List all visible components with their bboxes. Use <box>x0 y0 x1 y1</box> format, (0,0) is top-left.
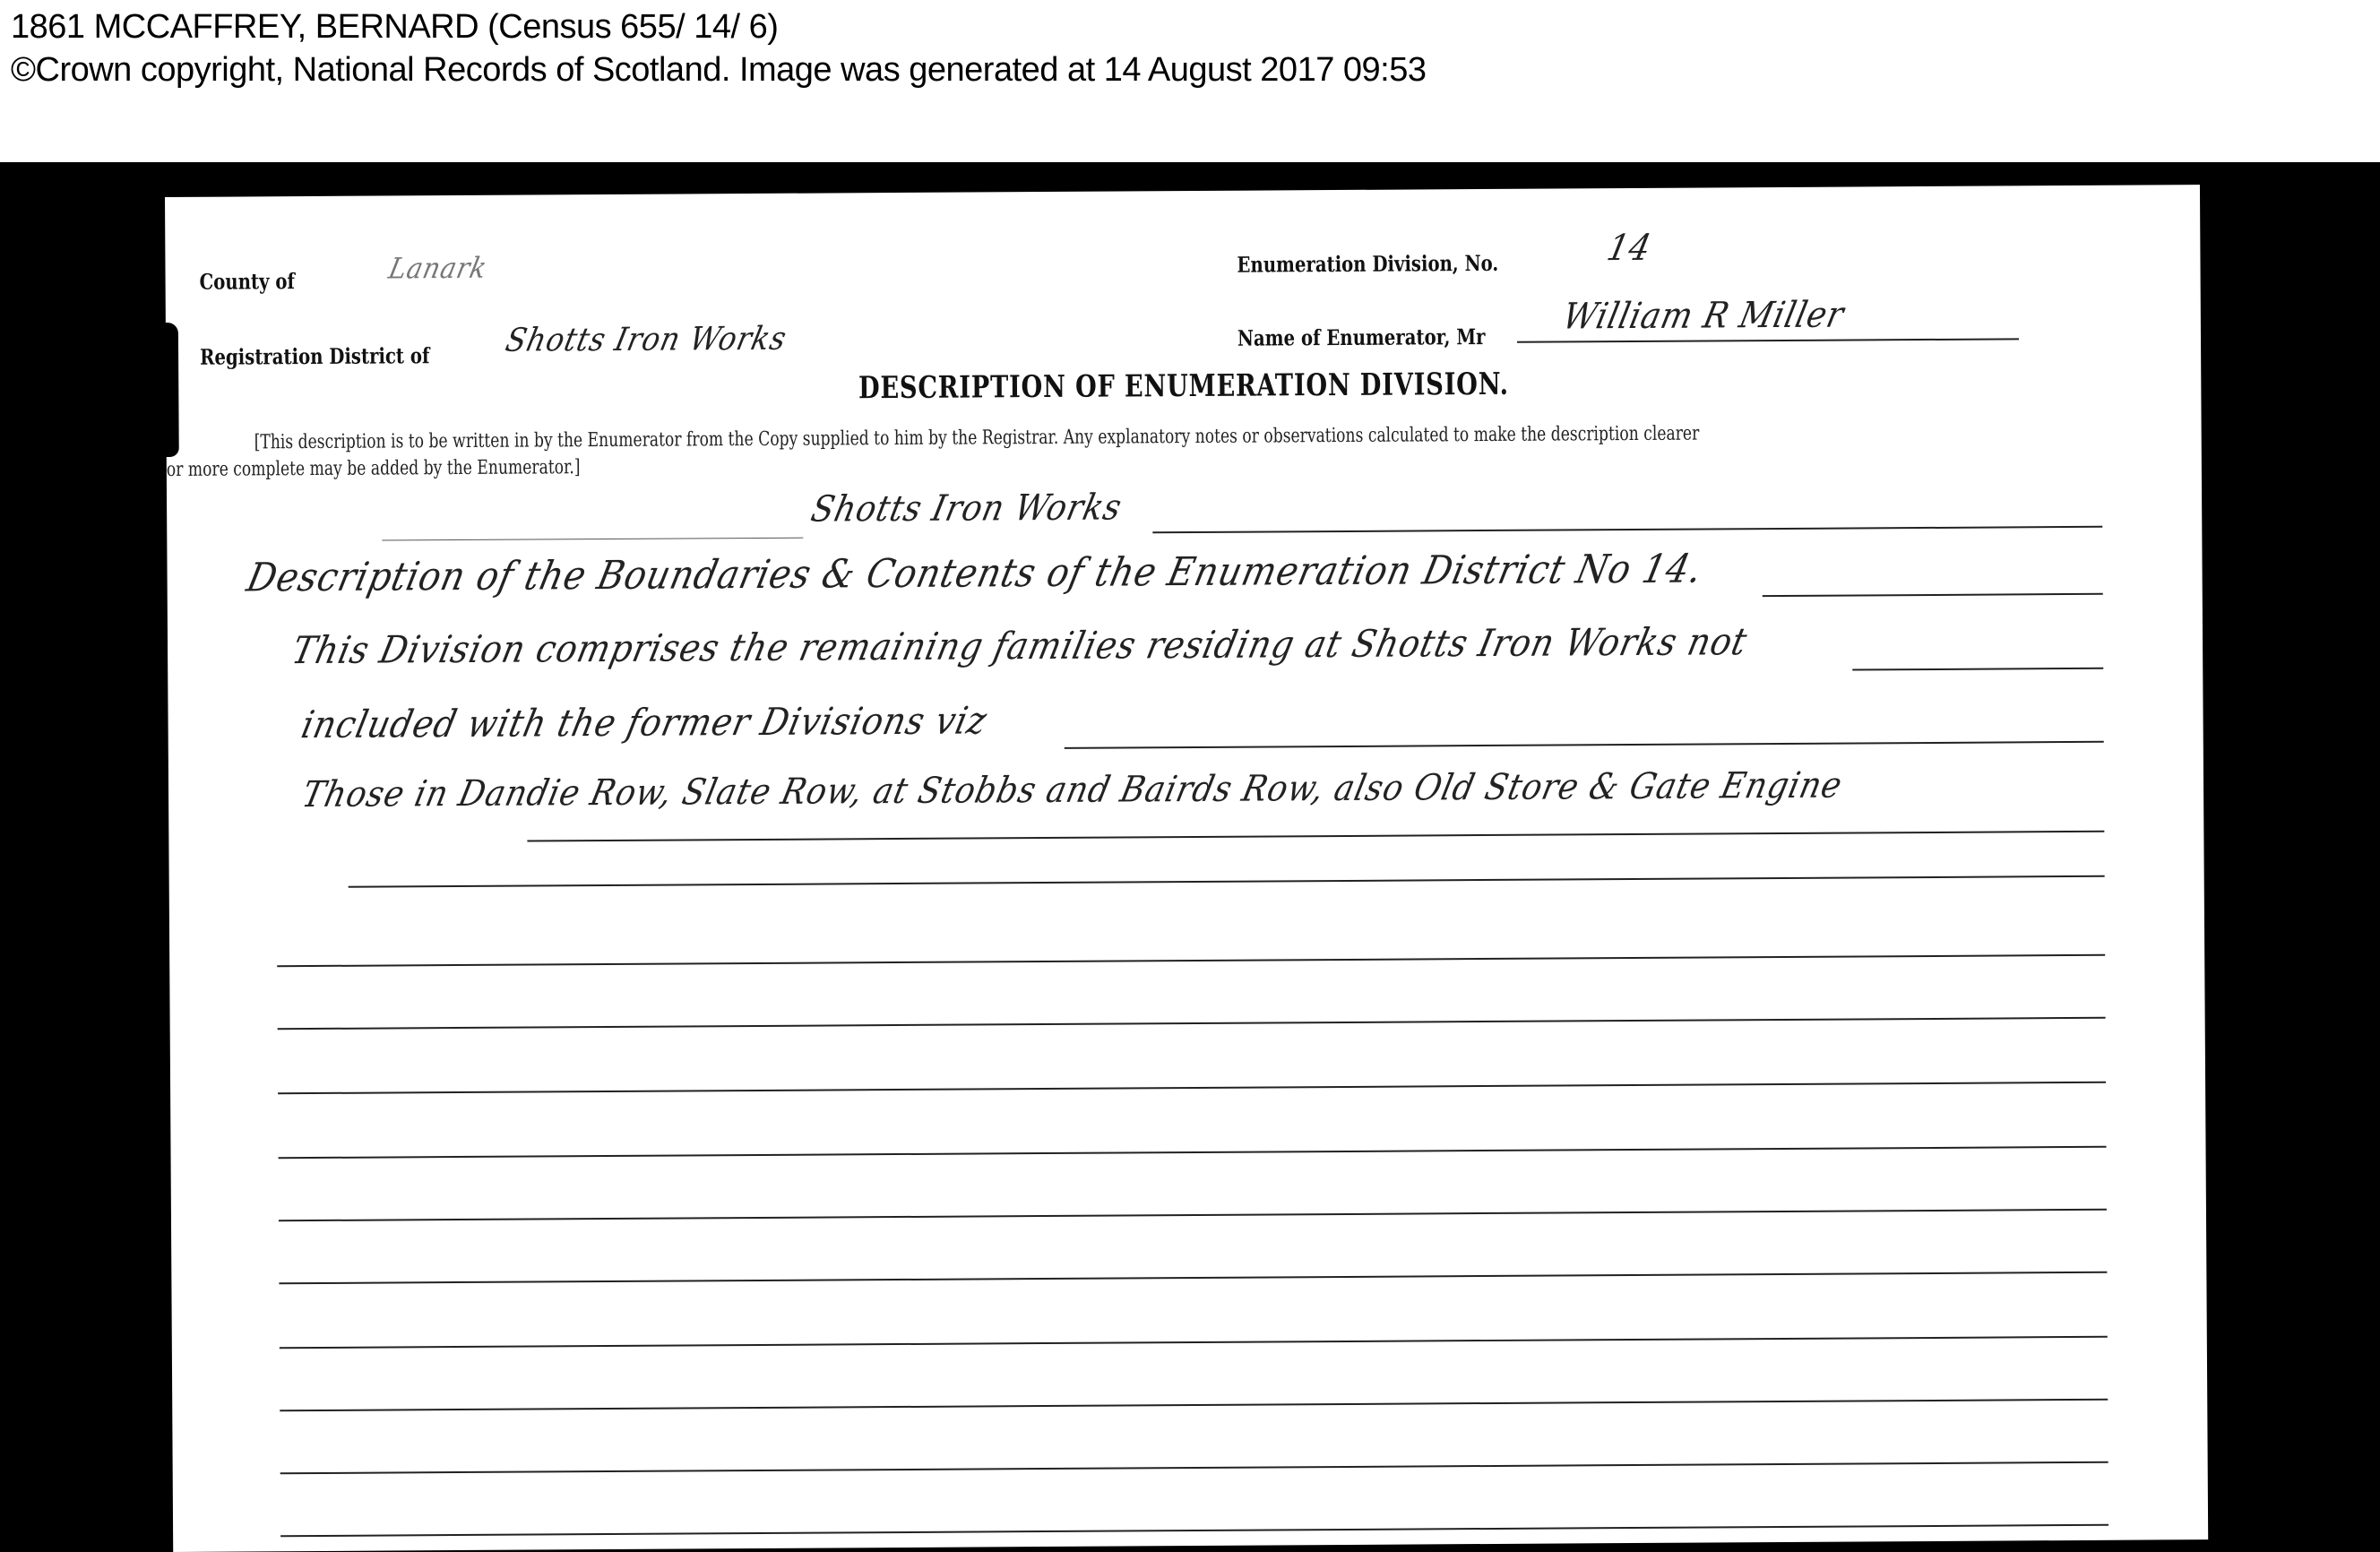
ruled-line <box>527 831 2104 842</box>
description-line-1: Shotts Iron Works <box>807 487 1125 530</box>
ruled-line <box>277 954 2105 967</box>
instructions-line-1: [This description is to be written in by… <box>254 423 1700 454</box>
description-line-2: Description of the Boundaries & Contents… <box>243 546 1707 600</box>
copyright-notice: ©Crown copyright, National Records of Sc… <box>11 48 1426 91</box>
ruled-line <box>278 1017 2106 1030</box>
description-line-3: This Division comprises the remaining fa… <box>289 619 1752 672</box>
enumeration-division-label: Enumeration Division, No. <box>1237 250 1498 278</box>
ruled-line <box>280 1336 2108 1349</box>
ruled-line <box>349 875 2105 888</box>
ruled-line <box>1065 741 2104 749</box>
ruled-line <box>280 1399 2108 1411</box>
ruled-line <box>279 1146 2107 1159</box>
ruled-line <box>1763 593 2103 597</box>
county-label: County of <box>199 268 295 295</box>
county-value: Lanark <box>385 251 490 286</box>
description-line-4: included with the former Divisions viz <box>297 698 991 746</box>
description-line-5: Those in Dandie Row, Slate Row, at Stobb… <box>298 765 1846 816</box>
registration-district-label: Registration District of <box>200 342 430 370</box>
ruled-line <box>279 1209 2107 1221</box>
enumerator-underline <box>1517 338 2019 342</box>
instructions-line-2: or more complete may be added by the Enu… <box>167 456 581 481</box>
ruled-line <box>280 1461 2108 1474</box>
record-title: 1861 MCCAFFREY, BERNARD (Census 655/ 14/… <box>11 5 1426 48</box>
ruled-line <box>1852 668 2103 671</box>
section-title: DESCRIPTION OF ENUMERATION DIVISION. <box>166 362 2201 410</box>
registration-district-value: Shotts Iron Works <box>503 321 790 359</box>
ruled-line <box>278 1082 2106 1094</box>
ruled-line <box>1152 526 2102 533</box>
record-caption: 1861 MCCAFFREY, BERNARD (Census 655/ 14/… <box>11 5 1426 91</box>
enumeration-division-value: 14 <box>1603 228 1655 269</box>
enumerator-label: Name of Enumerator, Mr <box>1237 323 1486 351</box>
ruled-line <box>382 538 803 541</box>
enumerator-value: William R Miller <box>1559 295 1848 338</box>
ruled-line <box>279 1272 2107 1284</box>
census-page: County of Lanark Registration District o… <box>165 185 2208 1552</box>
ruled-line <box>280 1524 2108 1537</box>
